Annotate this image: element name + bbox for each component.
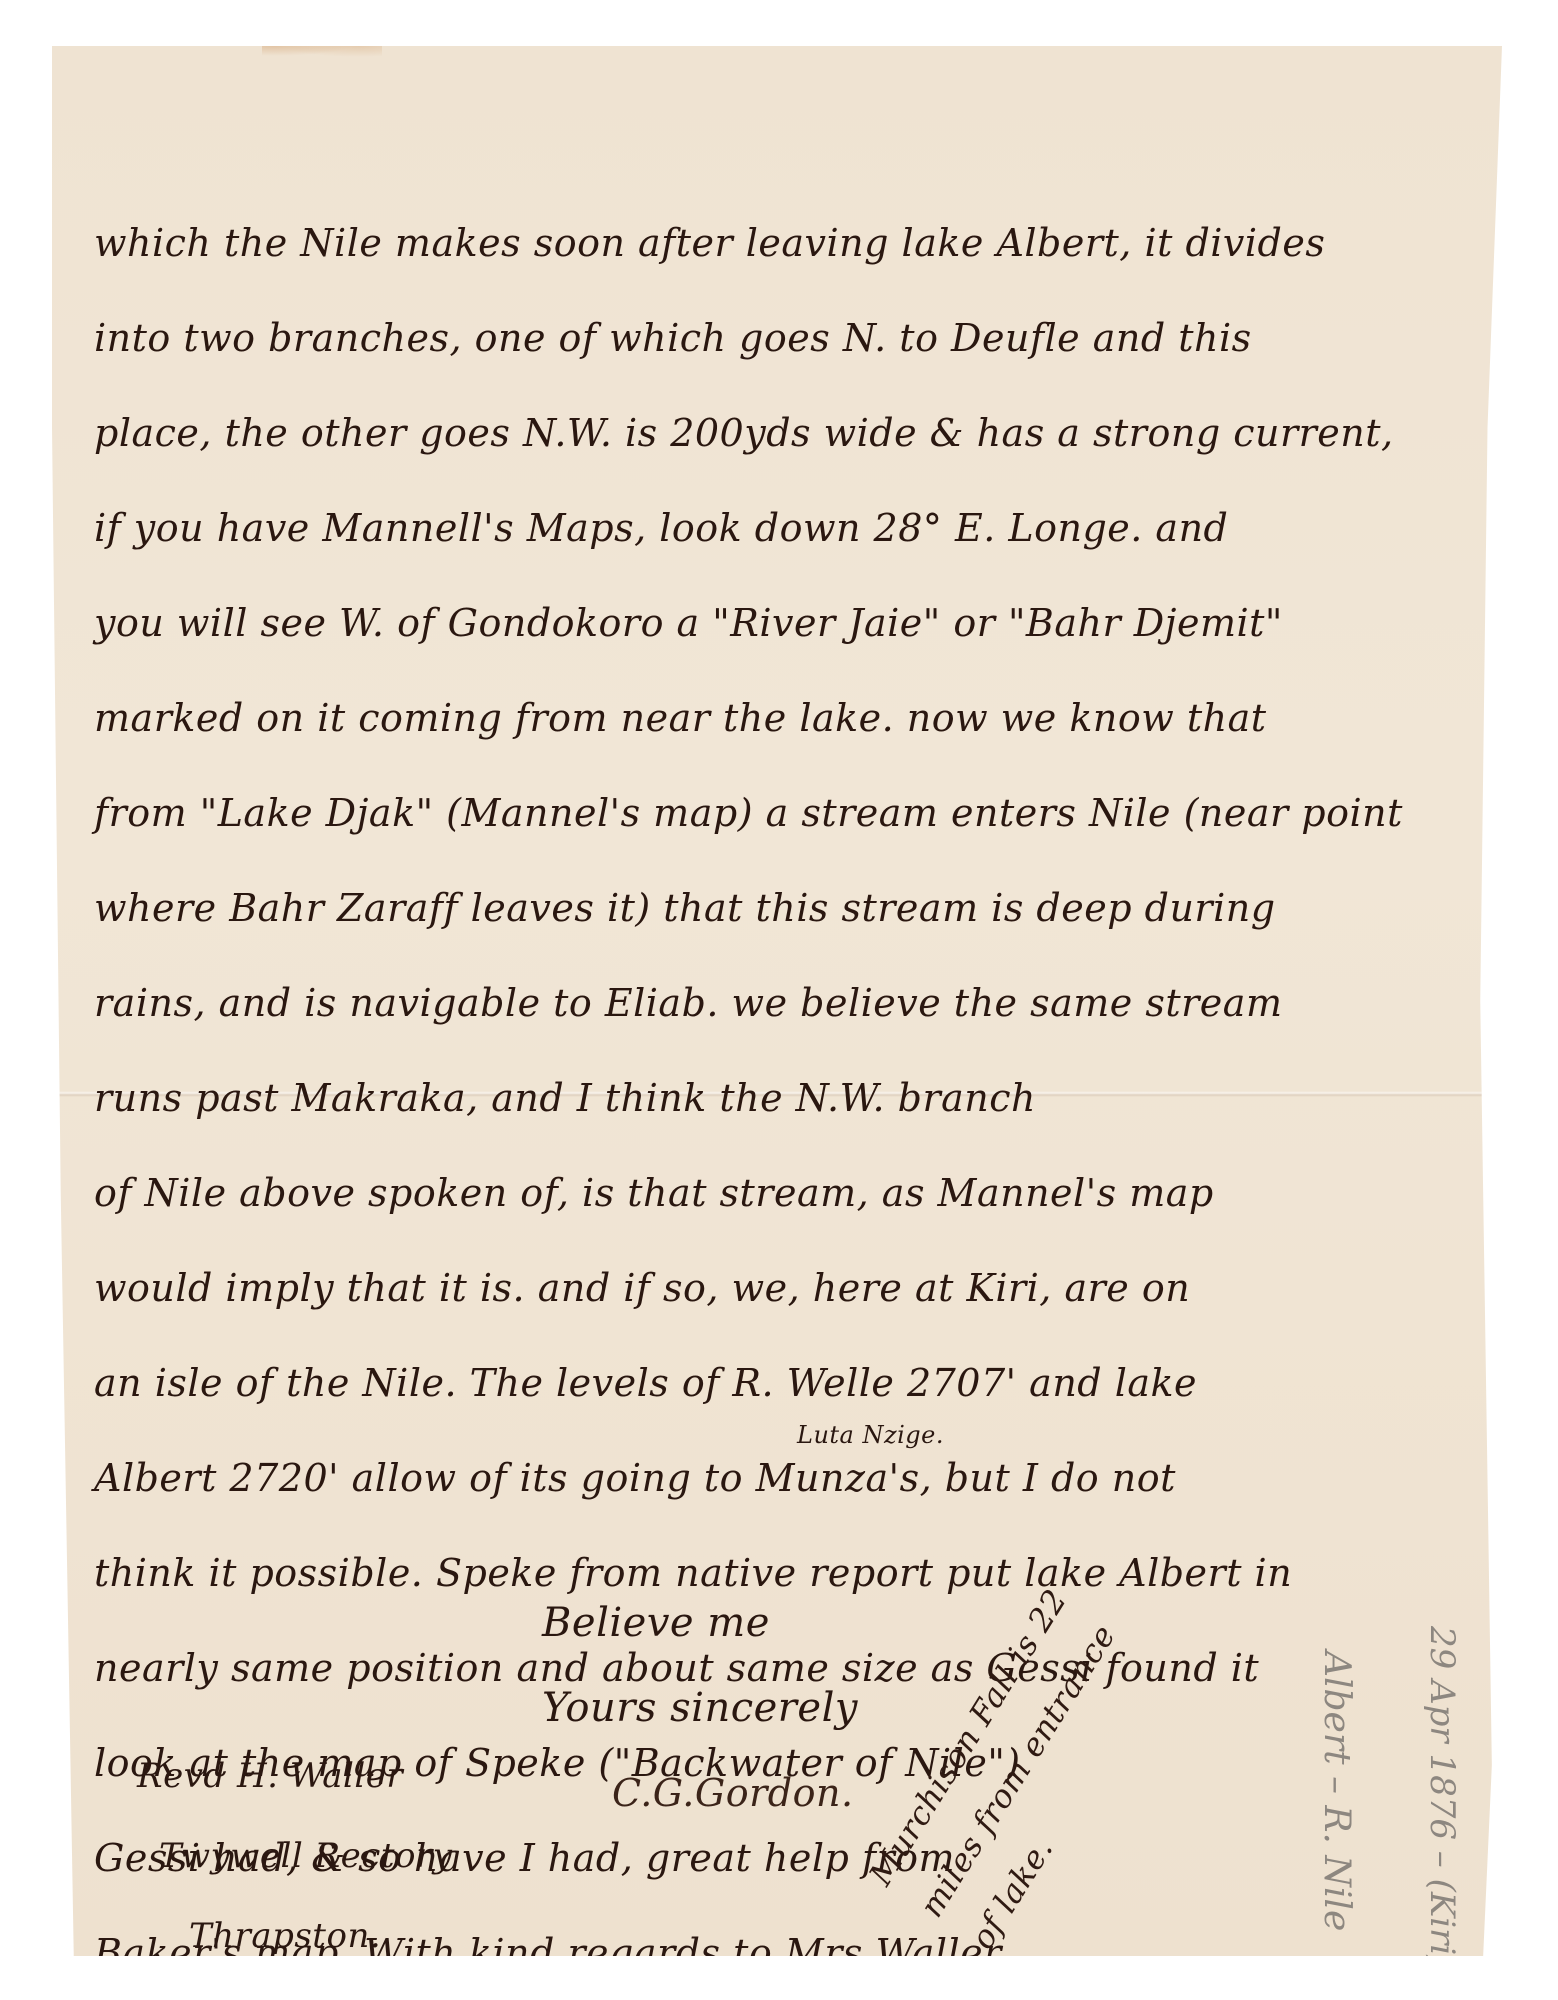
address-town: Thrapston. bbox=[189, 1896, 452, 1976]
signature: C.G.Gordon. bbox=[612, 1751, 858, 1836]
address-rectory: Twywell Rectory bbox=[159, 1816, 452, 1896]
pencil-note-date: 29 Apr 1876 – (Kiri) bbox=[1422, 1626, 1462, 1969]
valediction-yours: Yours sincerely bbox=[542, 1666, 858, 1751]
body-line-11: of Nile above spoken of, is that stream,… bbox=[94, 1146, 1484, 1241]
pencil-note-subject: Albert – R. Nile bbox=[1316, 1651, 1357, 1931]
body-line-7: from "Lake Djak" (Mannel's map) a stream… bbox=[94, 766, 1484, 861]
interlinear-insert: Luta Nzige. bbox=[797, 1421, 944, 1449]
address-name: Revd H. Waller bbox=[137, 1736, 452, 1816]
body-line-3: place, the other goes N.W. is 200yds wid… bbox=[94, 386, 1484, 481]
body-line-4: if you have Mannell's Maps, look down 28… bbox=[94, 481, 1484, 576]
body-line-1: which the Nile makes soon after leaving … bbox=[94, 196, 1484, 291]
valediction-believe: Believe me bbox=[542, 1581, 858, 1666]
pencil-note-author: Gordon bbox=[1489, 1611, 1530, 1747]
body-line-6: marked on it coming from near the lake. … bbox=[94, 671, 1484, 766]
body-line-8: where Bahr Zaraff leaves it) that this s… bbox=[94, 861, 1484, 956]
body-line-13: an isle of the Nile. The levels of R. We… bbox=[94, 1336, 1484, 1431]
recipient-address: Revd H. Waller Twywell Rectory Thrapston… bbox=[137, 1736, 452, 1976]
body-line-2: into two branches, one of which goes N. … bbox=[94, 291, 1484, 386]
body-line-9: rains, and is navigable to Eliab. we bel… bbox=[94, 956, 1484, 1051]
body-line-12: would imply that it is. and if so, we, h… bbox=[94, 1241, 1484, 1336]
body-line-14: Albert 2720' allow of its going to Munza… bbox=[94, 1431, 1484, 1526]
body-line-10: runs past Makraka, and I think the N.W. … bbox=[94, 1051, 1484, 1146]
body-line-5: you will see W. of Gondokoro a "River Ja… bbox=[94, 576, 1484, 671]
letter-page: which the Nile makes soon after leaving … bbox=[52, 46, 1502, 1956]
closing-block: Believe me Yours sincerely C.G.Gordon. bbox=[542, 1581, 858, 1836]
